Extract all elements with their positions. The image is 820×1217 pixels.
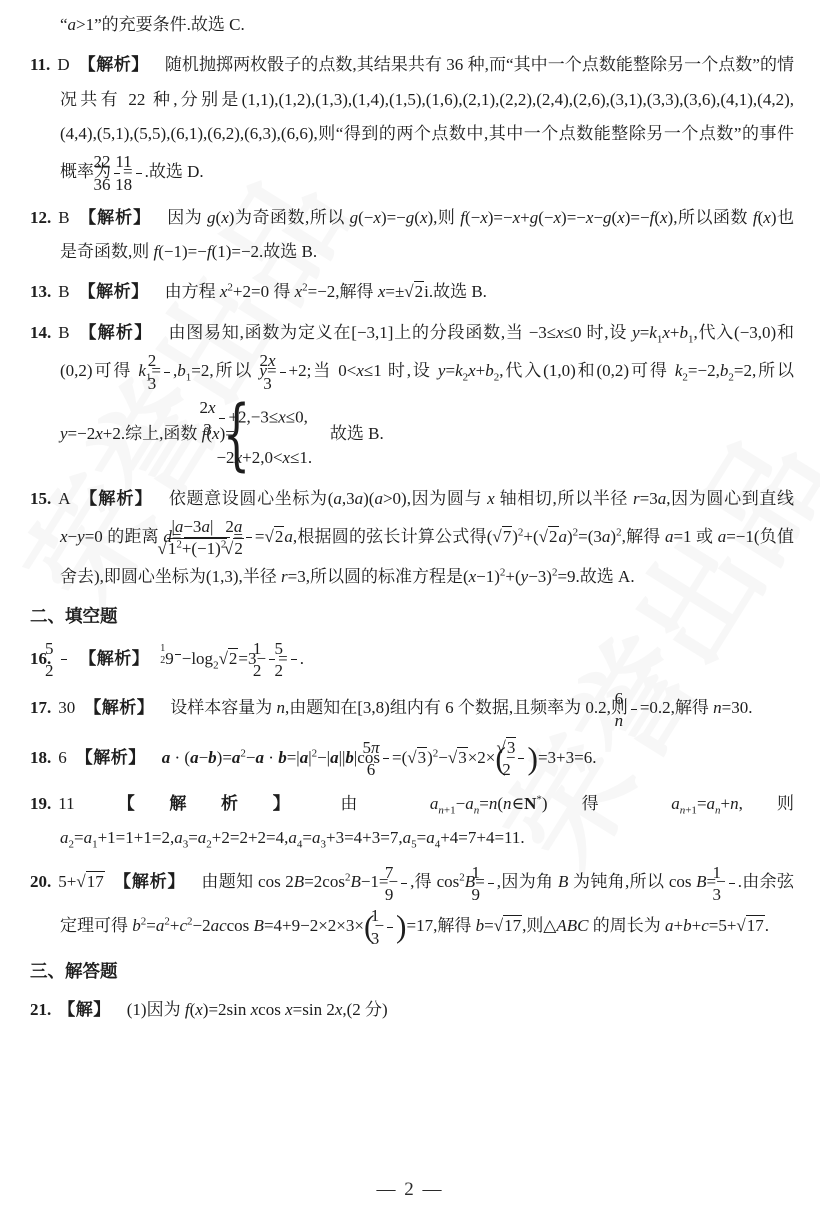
answer-sheet-page: 荣誉出品 荣誉出品 “a>1”的充要条件.故选 C. 11.D【解析】随机抛掷两… xyxy=(0,0,820,1217)
solution-answer: 30 xyxy=(58,698,75,717)
solution-body: 随机抛掷两枚骰子的点数,其结果共有 36 种,而“其中一个点数能整除另一个点数”… xyxy=(60,55,794,181)
solution-body: a · (a−b)=a2−a · b=|a|2−|a||b|cos5π6=(√3… xyxy=(162,748,597,767)
footer-page-number: — 2 — xyxy=(0,1179,820,1201)
solution-number: 18. xyxy=(30,748,51,767)
solution-answer: 6 xyxy=(58,748,67,767)
solution-number: 14. xyxy=(30,323,51,342)
solution-item-15: 15.A【解析】依题意设圆心坐标为(a,3a)(a>0),因为圆与 x 轴相切,… xyxy=(30,482,794,594)
solution-tag: 【解析】 xyxy=(76,748,146,767)
solution-answer: 5+√17 xyxy=(58,872,104,891)
solution-tag: 【解析】 xyxy=(79,282,149,301)
solution-tag: 【解析】 xyxy=(84,794,325,813)
solution-body: (1)因为 f(x)=2sin xcos x=sin 2x,(2 分) xyxy=(127,1000,388,1019)
solution-number: 12. xyxy=(30,208,51,227)
solution-tag: 【解析】 xyxy=(79,323,153,342)
solution-body: 依题意设圆心坐标为(a,3a)(a>0),因为圆与 x 轴相切,所以半径 r=3… xyxy=(60,489,794,586)
solution-body: 设样本容量为 n,由题知在[3,8)组内有 6 个数据,且频率为 0.2,则6n… xyxy=(170,698,752,717)
solution-body: 由方程 x2+2=0 得 x2=−2,解得 x=±√2i.故选 B. xyxy=(165,282,487,301)
solution-item-12: 12.B【解析】因为 g(x)为奇函数,所以 g(−x)=−g(x),则 f(−… xyxy=(30,201,794,270)
solution-number: 21. xyxy=(30,1000,51,1019)
solution-number: 13. xyxy=(30,282,51,301)
solution-tag: 【解析】 xyxy=(79,208,152,227)
solution-item-11: 11.D【解析】随机抛掷两枚骰子的点数,其结果共有 36 种,而“其中一个点数能… xyxy=(30,48,794,194)
solution-tag: 【解析】 xyxy=(79,55,149,74)
solution-answer: 52 xyxy=(58,649,70,668)
solution-answer: D xyxy=(57,55,69,74)
section-heading-fill-in: 二、填空题 xyxy=(30,602,794,630)
solution-answer: B xyxy=(58,323,69,342)
solution-tag: 【解析】 xyxy=(80,489,153,508)
solution-item-18: 18.6【解析】a · (a−b)=a2−a · b=|a|2−|a||b|co… xyxy=(30,737,794,781)
solution-number: 11. xyxy=(30,55,50,74)
solution-item-21: 21.【解】(1)因为 f(x)=2sin xcos x=sin 2x,(2 分… xyxy=(30,993,794,1027)
solution-answer: A xyxy=(58,489,70,508)
solution-body: 由图易知,函数为定义在[−3,1]上的分段函数,当 −3≤x≤0 时,设 y=k… xyxy=(60,323,794,443)
solution-item-16: 16.52【解析】912−log2√2=3−12=52. xyxy=(30,638,794,682)
solution-body: 因为 g(x)为奇函数,所以 g(−x)=−g(x),则 f(−x)=−x+g(… xyxy=(60,208,794,261)
intro-line: “a>1”的充要条件.故选 C. xyxy=(30,8,794,42)
solution-item-17: 17.30【解析】设样本容量为 n,由题知在[3,8)组内有 6 个数据,且频率… xyxy=(30,688,794,732)
solution-tag: 【解】 xyxy=(58,1000,111,1019)
solution-tag: 【解析】 xyxy=(79,649,149,668)
section-heading-answers: 三、解答题 xyxy=(30,957,794,985)
solution-item-14: 14.B【解析】由图易知,函数为定义在[−3,1]上的分段函数,当 −3≤x≤0… xyxy=(30,316,794,476)
solution-answer: B xyxy=(58,282,69,301)
solution-number: 19. xyxy=(30,794,51,813)
page-content: “a>1”的充要条件.故选 C. 11.D【解析】随机抛掷两枚骰子的点数,其结果… xyxy=(30,8,794,1033)
intro-text: “a>1”的充要条件.故选 C. xyxy=(60,15,245,34)
solution-number: 17. xyxy=(30,698,51,717)
solution-number: 15. xyxy=(30,489,51,508)
solution-tag: 【解析】 xyxy=(114,872,186,891)
solution-item-19: 19.11【解析】由 an+1−an=n(n∈N*)得 an+1=an+n,则 … xyxy=(30,787,794,856)
solution-item-20: 20.5+√17【解析】由题知 cos 2B=2cos2B−1=−79,得 co… xyxy=(30,862,794,949)
solution-item-13: 13.B【解析】由方程 x2+2=0 得 x2=−2,解得 x=±√2i.故选 … xyxy=(30,275,794,309)
solution-answer: 11 xyxy=(58,794,74,813)
solution-body: 912−log2√2=3−12=52. xyxy=(165,649,304,668)
solution-tag: 【解析】 xyxy=(84,698,154,717)
solution-number: 20. xyxy=(30,872,51,891)
solution-answer: B xyxy=(58,208,69,227)
